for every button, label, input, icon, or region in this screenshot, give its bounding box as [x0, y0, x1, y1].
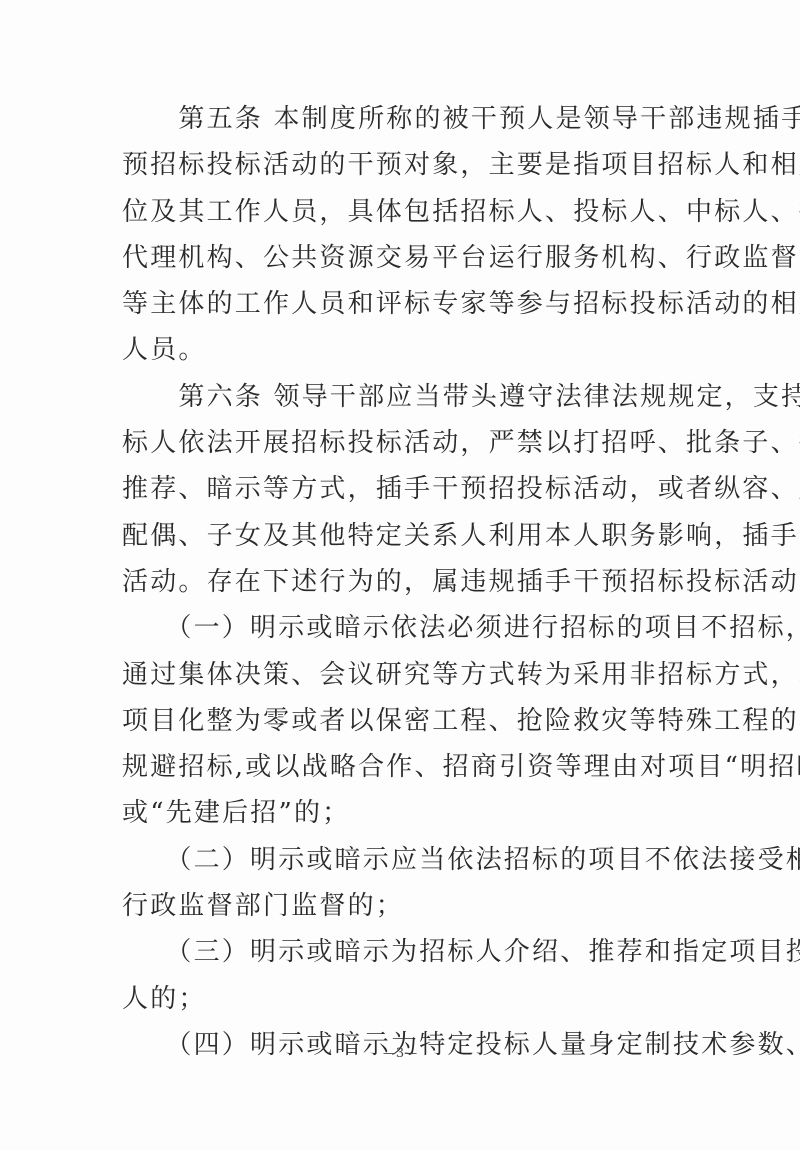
text-line: 预招标投标活动的干预对象，主要是指项目招标人和相关单 [122, 142, 688, 188]
text-line: 第五条 本制度所称的被干预人是领导干部违规插手干 [122, 96, 688, 142]
text-line: （三）明示或暗示为招标人介绍、推荐和指定项目投标 [122, 929, 688, 975]
text-line: 等主体的工作人员和评标专家等参与招标投标活动的相关 [122, 281, 688, 327]
text-line: 配偶、子女及其他特定关系人利用本人职务影响，插手干预 [122, 513, 688, 559]
document-body: 第五条 本制度所称的被干预人是领导干部违规插手干 预招标投标活动的干预对象，主要… [122, 96, 688, 1068]
text-line: 位及其工作人员，具体包括招标人、投标人、中标人、招标 [122, 189, 688, 235]
text-line: 人员。 [122, 327, 688, 373]
text-line: 或“先建后招”的； [122, 790, 688, 836]
document-page: 第五条 本制度所称的被干预人是领导干部违规插手干 预招标投标活动的干预对象，主要… [0, 0, 800, 1150]
text-line: 项目化整为零或者以保密工程、抢险救灾等特殊工程的名义 [122, 698, 688, 744]
text-line: 通过集体决策、会议研究等方式转为采用非招标方式，或将 [122, 652, 688, 698]
page-number: —3— [0, 1046, 800, 1061]
text-line: 规避招标,或以战略合作、招商引资等理由对项目“明招暗定” [122, 744, 688, 790]
text-line: （二）明示或暗示应当依法招标的项目不依法接受相关 [122, 837, 688, 883]
text-line: 行政监督部门监督的； [122, 883, 688, 929]
text-line: 推荐、暗示等方式，插手干预招投标活动，或者纵容、默许 [122, 466, 688, 512]
text-line: 代理机构、公共资源交易平台运行服务机构、行政监督部门 [122, 235, 688, 281]
text-line: 活动。存在下述行为的，属违规插手干预招标投标活动： [122, 559, 688, 605]
text-line: 第六条 领导干部应当带头遵守法律法规规定，支持招 [122, 374, 688, 420]
text-line: 人的； [122, 976, 688, 1022]
text-line: 标人依法开展招标投标活动，严禁以打招呼、批条子、授意、 [122, 420, 688, 466]
text-line: （一）明示或暗示依法必须进行招标的项目不招标，或 [122, 605, 688, 651]
